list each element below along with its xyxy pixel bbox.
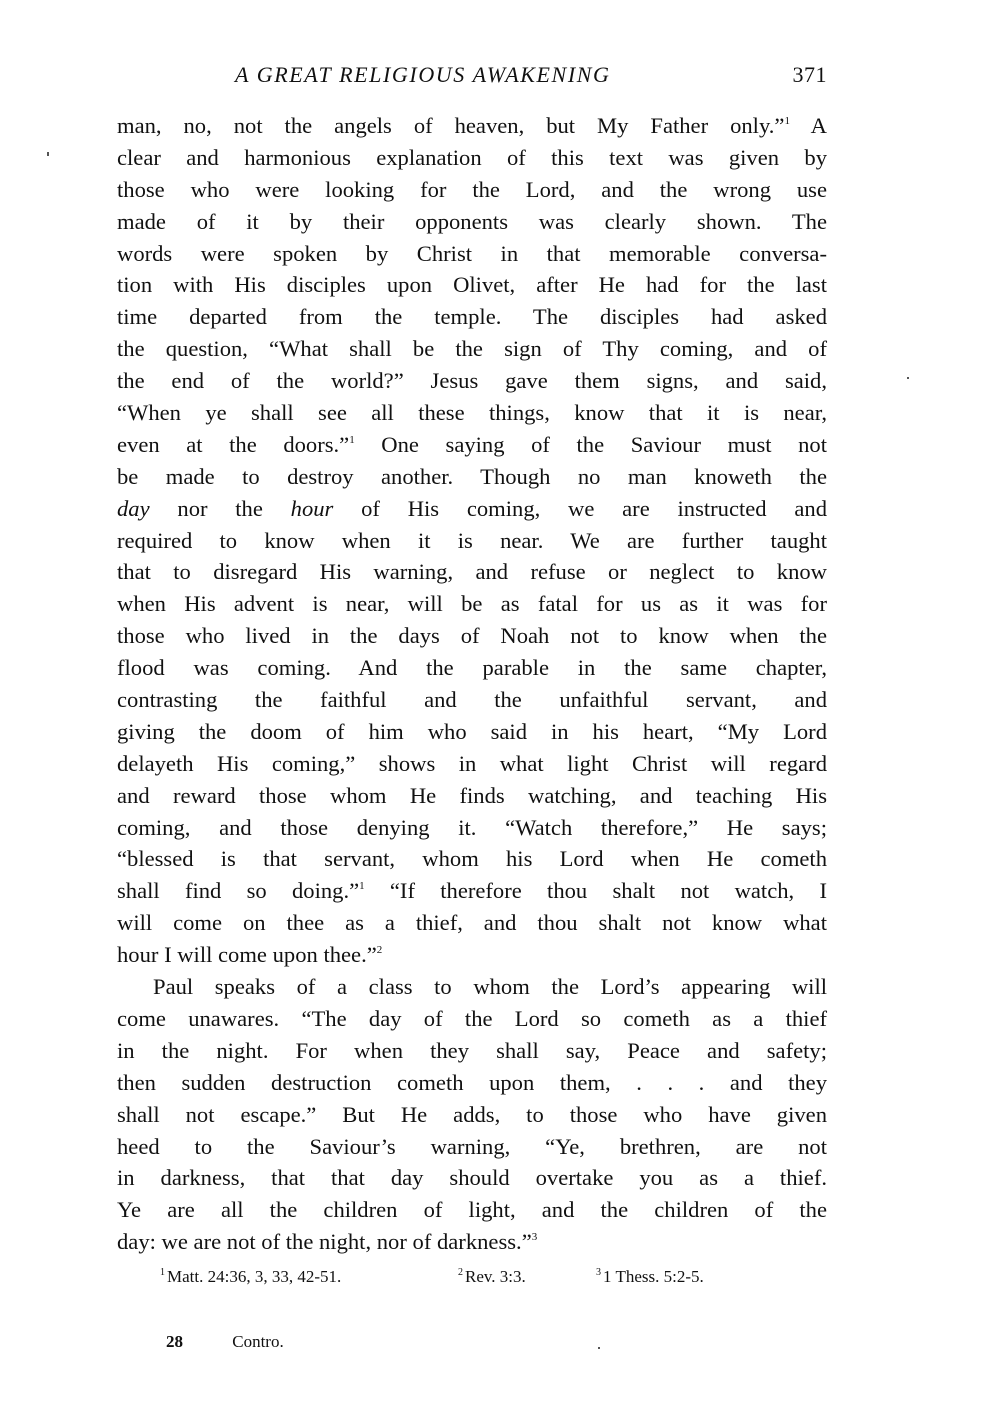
footnote-reference: 3 [532,1231,538,1243]
footnote-reference: 1 [359,880,365,892]
text-line: will come on thee as a thief, and thou s… [117,907,827,939]
text-line: the end of the world?” Jesus gave them s… [117,365,827,397]
footnote-text: 1 Thess. 5:2-5. [603,1267,704,1286]
signature-label: Contro. [232,1332,283,1351]
text-line: shall find so doing.”1 “If therefore tho… [117,875,827,907]
text-line: contrasting the faithful and the unfaith… [117,684,827,716]
text-line: come unawares. “The day of the Lord so c… [117,1003,827,1035]
text-line: time departed from the temple. The disci… [117,301,827,333]
text-line: the question, “What shall be the sign of… [117,333,827,365]
text-line: in the night. For when they shall say, P… [117,1035,827,1067]
text-line: shall not escape.” But He adds, to those… [117,1099,827,1131]
scan-speck [598,1347,600,1349]
text-line: delayeth His coming,” shows in what ligh… [117,748,827,780]
text-line: flood was coming. And the parable in the… [117,652,827,684]
footnote-text: Matt. 24:36, 3, 33, 42-51. [167,1267,341,1286]
text-line: “When ye shall see all these things, kno… [117,397,827,429]
footnote-marker: 3 [596,1267,601,1278]
text-line: and reward those whom He finds watching,… [117,780,827,812]
footnote-marker: 1 [160,1267,165,1278]
text-line: heed to the Saviour’s warning, “Ye, bret… [117,1131,827,1163]
text-line: those who lived in the days of Noah not … [117,620,827,652]
text-line: Paul speaks of a class to whom the Lord’… [117,971,827,1003]
footnote-reference: 2 [377,944,383,956]
text-line: words were spoken by Christ in that memo… [117,238,827,270]
footnote-text: Rev. 3:3. [465,1267,526,1286]
footnote-3: 31 Thess. 5:2-5. [596,1265,704,1289]
text-line: clear and harmonious explanation of this… [117,142,827,174]
text-line: man, no, not the angels of heaven, but M… [117,110,827,142]
text-line: made of it by their opponents was clearl… [117,206,827,238]
footnote-2: 2Rev. 3:3. [458,1265,596,1289]
text-line: hour I will come upon thee.”2 [117,939,827,971]
footnote-reference: 1 [784,115,790,127]
footnote-marker: 2 [458,1267,463,1278]
text-line: then sudden destruction cometh upon them… [117,1067,827,1099]
text-line: Ye are all the children of light, and th… [117,1194,827,1226]
book-page: A GREAT RELIGIOUS AWAKENING 371 man, no,… [0,0,1000,1413]
running-head: A GREAT RELIGIOUS AWAKENING 371 [117,58,827,92]
text-line: when His advent is near, will be as fata… [117,588,827,620]
signature-number: 28 [166,1330,228,1354]
footnote-1: 1Matt. 24:36, 3, 33, 42-51. [160,1265,458,1289]
text-line: coming, and those denying it. “Watch the… [117,812,827,844]
scan-speck [47,152,49,156]
text-line: “blessed is that servant, whom his Lord … [117,843,827,875]
body-text: man, no, not the angels of heaven, but M… [117,110,827,1258]
emphasis: hour [291,496,334,521]
text-line: day: we are not of the night, nor of dar… [117,1226,827,1258]
emphasis: day [117,496,150,521]
text-line: be made to destroy another. Though no ma… [117,461,827,493]
text-line: tion with His disciples upon Olivet, aft… [117,269,827,301]
printer-signature: 28 Contro. [166,1330,284,1354]
text-line: day nor the hour of His coming, we are i… [117,493,827,525]
text-line: giving the doom of him who said in his h… [117,716,827,748]
footnotes: 1Matt. 24:36, 3, 33, 42-51.2Rev. 3:3.31 … [160,1265,800,1289]
page-number: 371 [793,58,828,92]
text-line: required to know when it is near. We are… [117,525,827,557]
text-line: even at the doors.”1 One saying of the S… [117,429,827,461]
text-line: those who were looking for the Lord, and… [117,174,827,206]
text-line: that to disregard His warning, and refus… [117,556,827,588]
scan-speck [907,377,909,379]
footnote-reference: 1 [349,434,355,446]
text-line: in darkness, that that day should overta… [117,1162,827,1194]
running-title: A GREAT RELIGIOUS AWAKENING [235,58,611,92]
